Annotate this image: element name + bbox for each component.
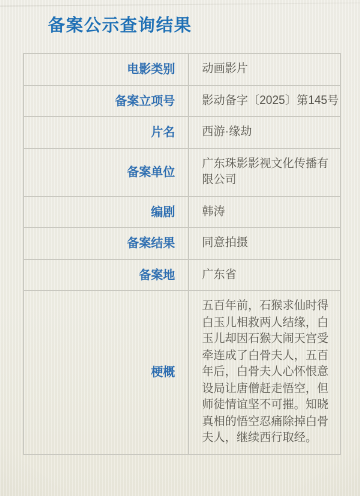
field-label: 备案结果 <box>24 228 189 260</box>
field-value: 广东省 <box>189 259 341 291</box>
table-row-registration-number: 备案立项号 影动备字〔2025〕第145号 <box>24 85 341 117</box>
field-label: 电影类别 <box>24 54 189 86</box>
table-row-registration-place: 备案地 广东省 <box>24 259 341 291</box>
table-row-registration-result: 备案结果 同意拍摄 <box>24 228 341 260</box>
table-row-film-title: 片名 西游·缘劫 <box>24 117 341 149</box>
field-label: 备案立项号 <box>24 85 189 117</box>
table-row-film-category: 电影类别 动画影片 <box>24 54 341 86</box>
table-row-synopsis: 梗概 五百年前，石猴求仙时得白玉儿相救两人结缘，白玉儿却因石猴大闹天宫受牵连成了… <box>24 291 341 455</box>
field-value: 广东珠影影视文化传播有限公司 <box>189 148 341 196</box>
field-value: 西游·缘劫 <box>189 117 341 149</box>
field-value: 韩涛 <box>189 196 341 228</box>
field-label: 编剧 <box>24 196 189 228</box>
table-row-registration-unit: 备案单位 广东珠影影视文化传播有限公司 <box>24 148 341 196</box>
page-title: 备案公示查询结果 <box>48 15 360 36</box>
field-label: 梗概 <box>24 291 189 455</box>
field-value: 同意拍摄 <box>189 228 341 260</box>
field-label: 备案单位 <box>24 148 189 196</box>
field-label: 片名 <box>24 117 189 149</box>
field-value: 影动备字〔2025〕第145号 <box>189 85 341 117</box>
field-value: 五百年前，石猴求仙时得白玉儿相救两人结缘，白玉儿却因石猴大闹天宫受牵连成了白骨夫… <box>189 291 341 455</box>
field-label: 备案地 <box>24 259 189 291</box>
record-table: 电影类别 动画影片 备案立项号 影动备字〔2025〕第145号 片名 西游·缘劫… <box>23 53 341 455</box>
paper-crease-line <box>0 2 360 6</box>
field-value: 动画影片 <box>189 54 341 86</box>
table-row-screenwriter: 编剧 韩涛 <box>24 196 341 228</box>
